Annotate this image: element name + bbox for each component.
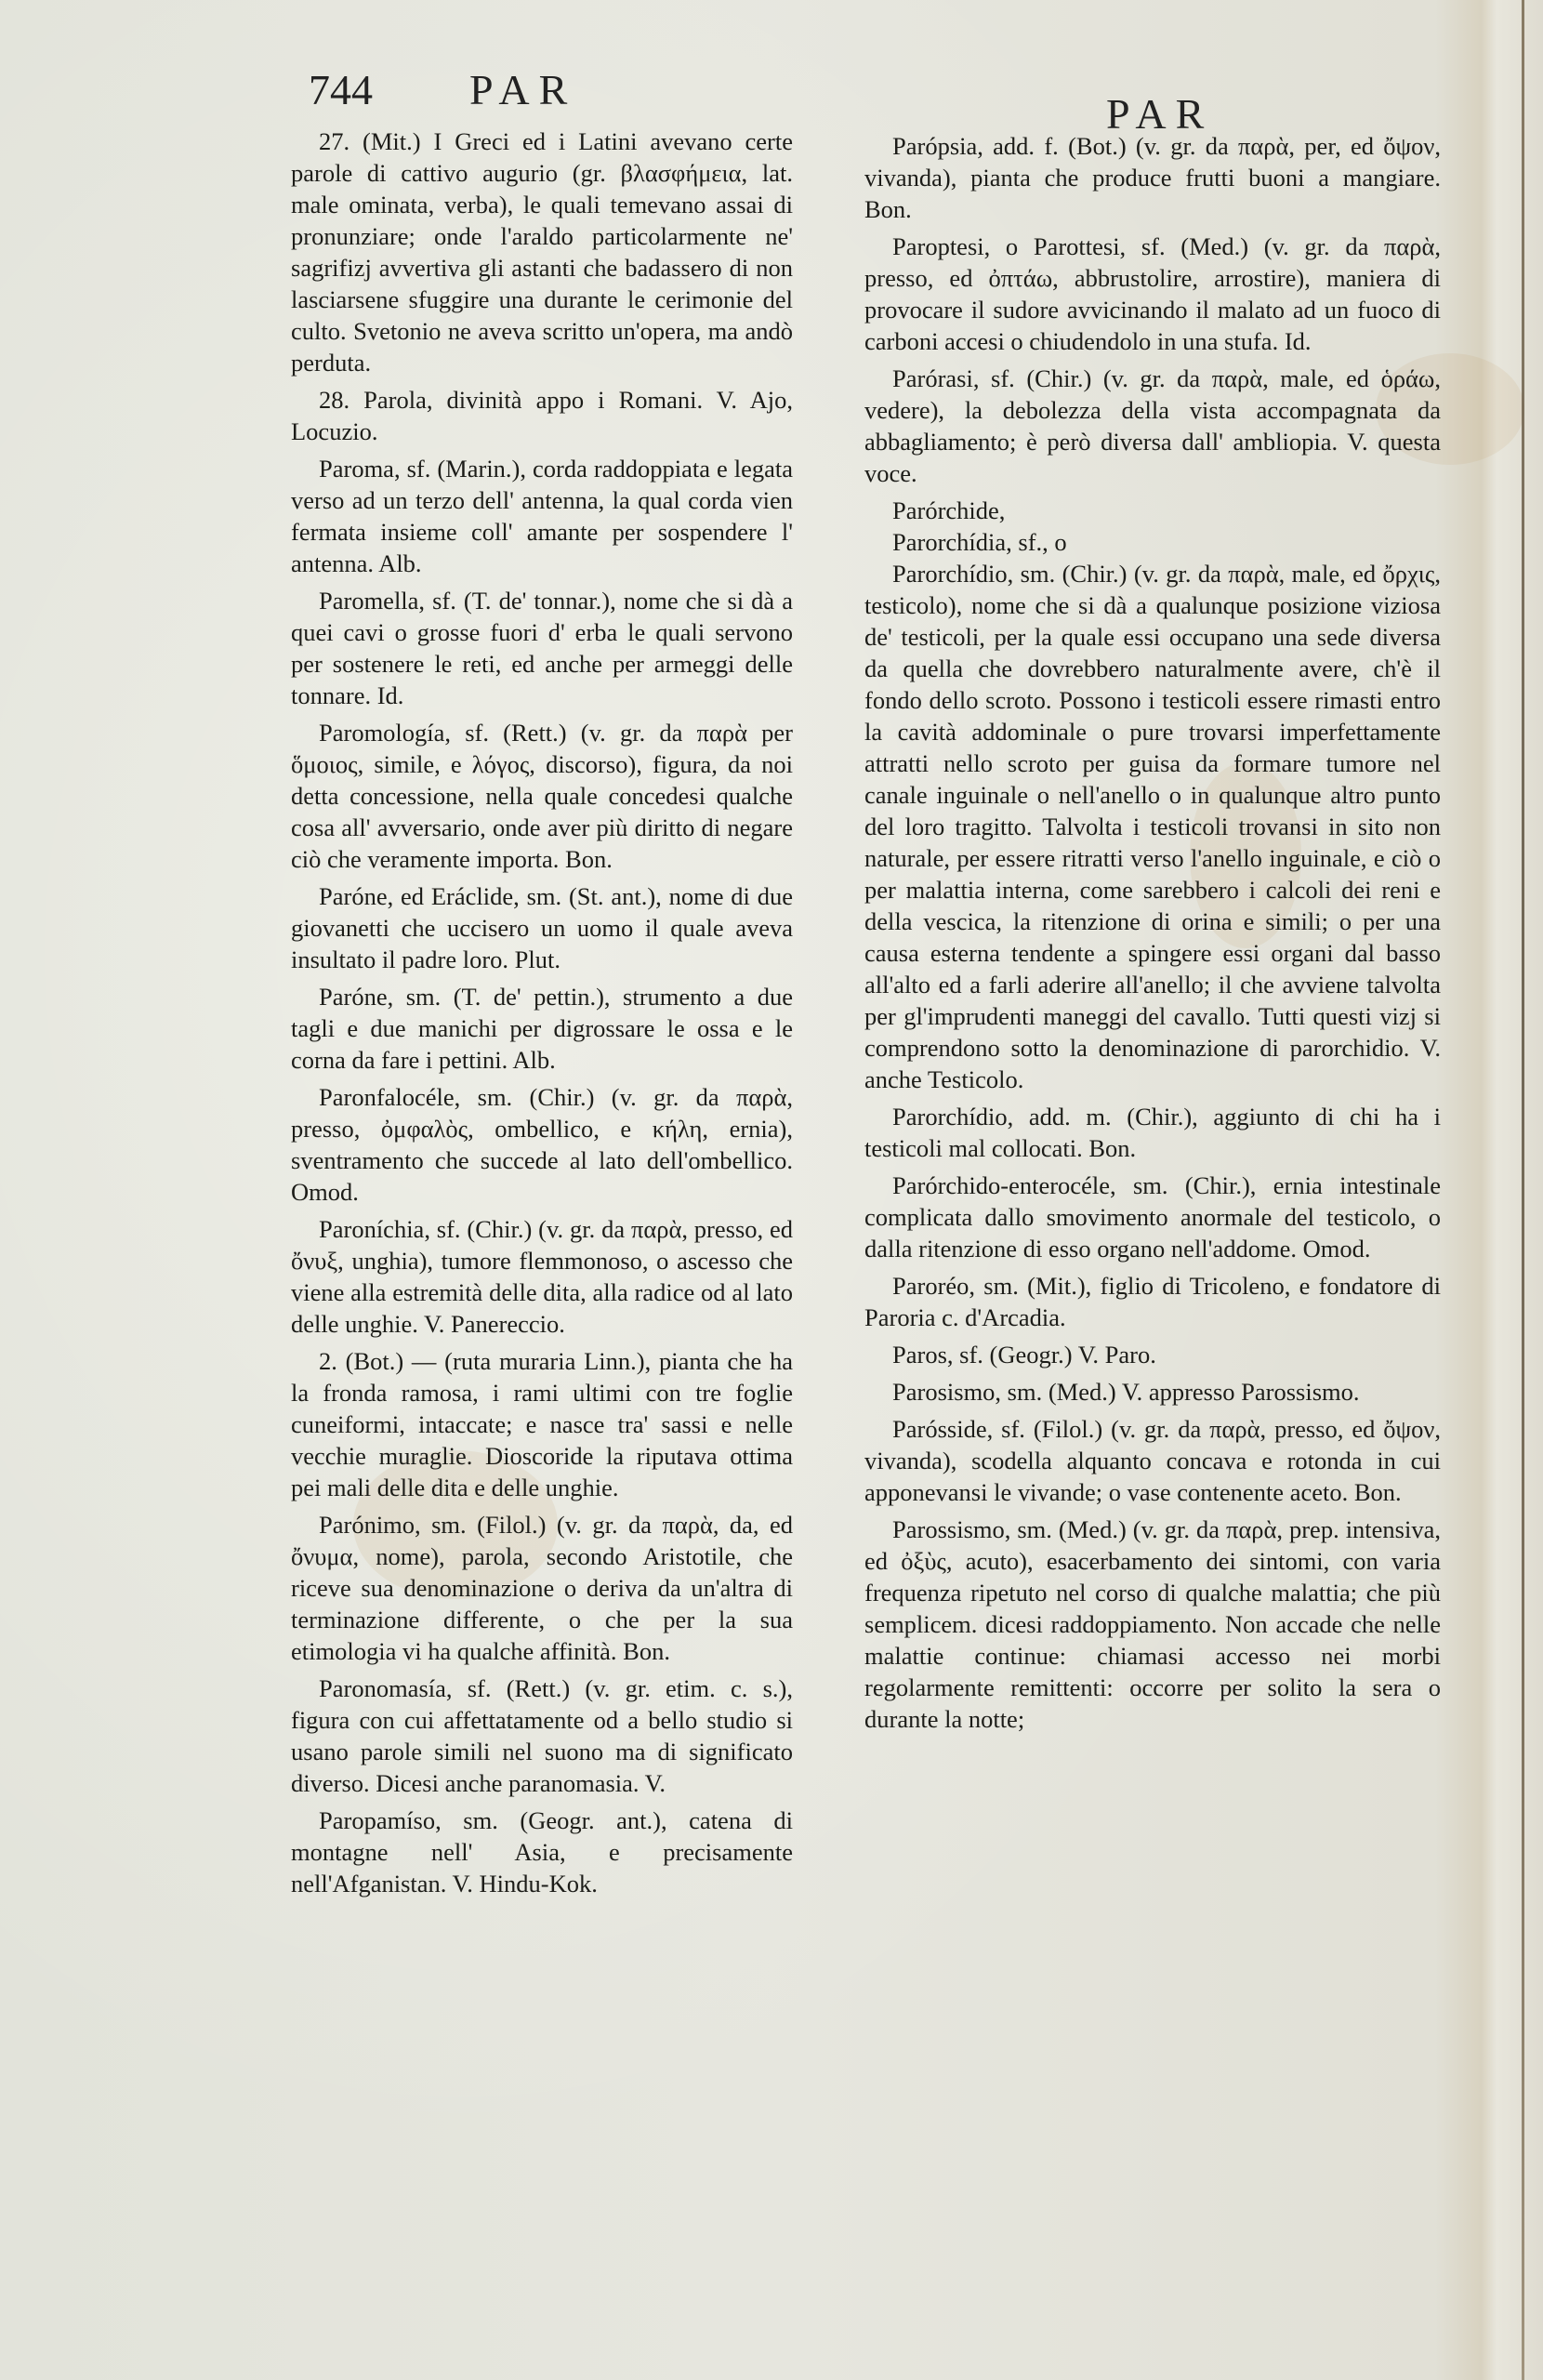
scanned-page: 744 PAR PAR 27. (Mit.) I Greci ed i Lati…: [0, 0, 1543, 2380]
entry-parosside: Parósside, sf. (Filol.) (v. gr. da παρὰ,…: [864, 1413, 1441, 1508]
entry-paronomasia: Paronomasía, sf. (Rett.) (v. gr. etim. c…: [291, 1673, 793, 1799]
entry-parosismo: Parosismo, sm. (Med.) V. appresso Paross…: [864, 1376, 1441, 1408]
entry-paromologia: Paromología, sf. (Rett.) (v. gr. da παρὰ…: [291, 717, 793, 875]
entry-paronfalocele: Paronfalocéle, sm. (Chir.) (v. gr. da πα…: [291, 1081, 793, 1208]
page-edge-shadow: [1522, 0, 1524, 2380]
entry-paronichia: Paroníchia, sf. (Chir.) (v. gr. da παρὰ,…: [291, 1213, 793, 1340]
entry-parola-27: 27. (Mit.) I Greci ed i Latini avevano c…: [291, 126, 793, 378]
entry-parone-2: Paróne, sm. (T. de' pettin.), strumento …: [291, 981, 793, 1076]
entry-paroreo: Paroréo, sm. (Mit.), figlio di Tricoleno…: [864, 1270, 1441, 1333]
right-column: Parópsia, add. f. (Bot.) (v. gr. da παρὰ…: [864, 130, 1441, 1740]
running-head-left: PAR: [469, 65, 576, 114]
entry-parorchidia: Parorchídia, sf., o: [864, 526, 1441, 558]
entry-parorchide: Parórchide,: [864, 495, 1441, 526]
entry-paros: Paros, sf. (Geogr.) V. Paro.: [864, 1339, 1441, 1370]
entry-parorchidio-add: Parorchídio, add. m. (Chir.), aggiunto d…: [864, 1101, 1441, 1164]
entry-paroptesi: Paroptesi, o Parottesi, sf. (Med.) (v. g…: [864, 231, 1441, 357]
entry-paropsia: Parópsia, add. f. (Bot.) (v. gr. da παρὰ…: [864, 130, 1441, 225]
entry-paronichia-bot: 2. (Bot.) — (ruta muraria Linn.), pianta…: [291, 1345, 793, 1503]
entry-parone-1: Paróne, ed Eráclide, sm. (St. ant.), nom…: [291, 880, 793, 975]
entry-parorchido-enterocele: Parórchido-enterocéle, sm. (Chir.), erni…: [864, 1170, 1441, 1264]
entry-paronimo: Parónimo, sm. (Filol.) (v. gr. da παρὰ, …: [291, 1509, 793, 1667]
entry-parorasi: Parórasi, sf. (Chir.) (v. gr. da παρὰ, m…: [864, 363, 1441, 489]
entry-paromella: Paromella, sf. (T. de' tonnar.), nome ch…: [291, 585, 793, 711]
entry-parossismo: Parossismo, sm. (Med.) (v. gr. da παρὰ, …: [864, 1514, 1441, 1735]
entry-parola-28: 28. Parola, divinità appo i Romani. V. A…: [291, 384, 793, 447]
entry-paropamiso: Paropamíso, sm. (Geogr. ant.), catena di…: [291, 1805, 793, 1899]
page-number: 744: [309, 65, 373, 114]
left-column: 27. (Mit.) I Greci ed i Latini avevano c…: [291, 126, 793, 1905]
entry-parorchidio: Parorchídio, sm. (Chir.) (v. gr. da παρὰ…: [864, 558, 1441, 1095]
entry-paroma: Paroma, sf. (Marin.), corda raddoppiata …: [291, 453, 793, 579]
